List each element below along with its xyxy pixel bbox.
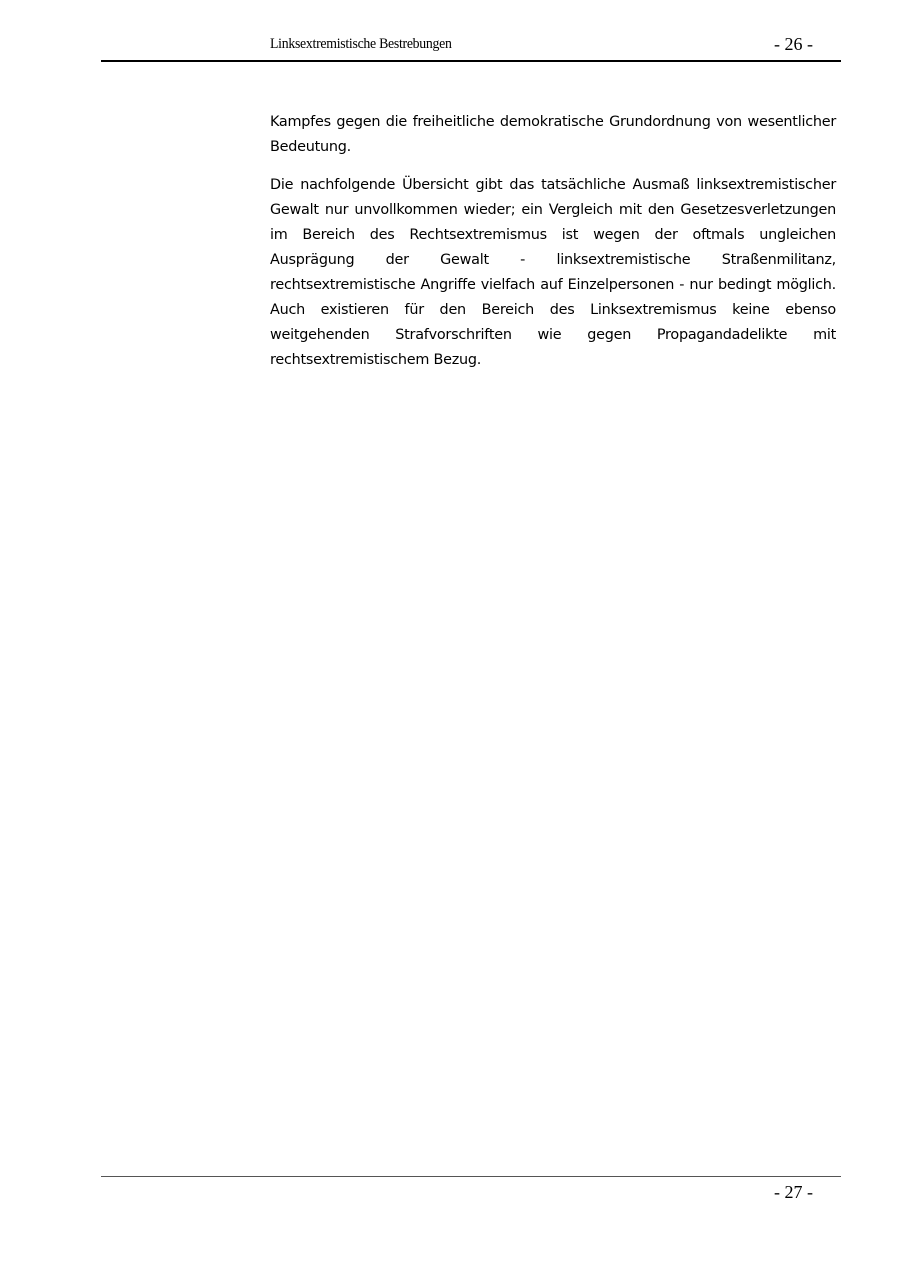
paragraph: Die nachfolgende Übersicht gibt das tats… <box>270 173 836 373</box>
header-divider <box>101 60 841 62</box>
body-text: Kampfes gegen die freiheitliche demokrat… <box>270 110 836 373</box>
footer-page-number: - 27 - <box>774 1182 813 1203</box>
header-page-number: - 26 - <box>774 34 813 55</box>
footer-divider <box>101 1176 841 1177</box>
header-title: Linksextremistische Bestrebungen <box>270 36 452 53</box>
paragraph: Kampfes gegen die freiheitliche demokrat… <box>270 110 836 160</box>
